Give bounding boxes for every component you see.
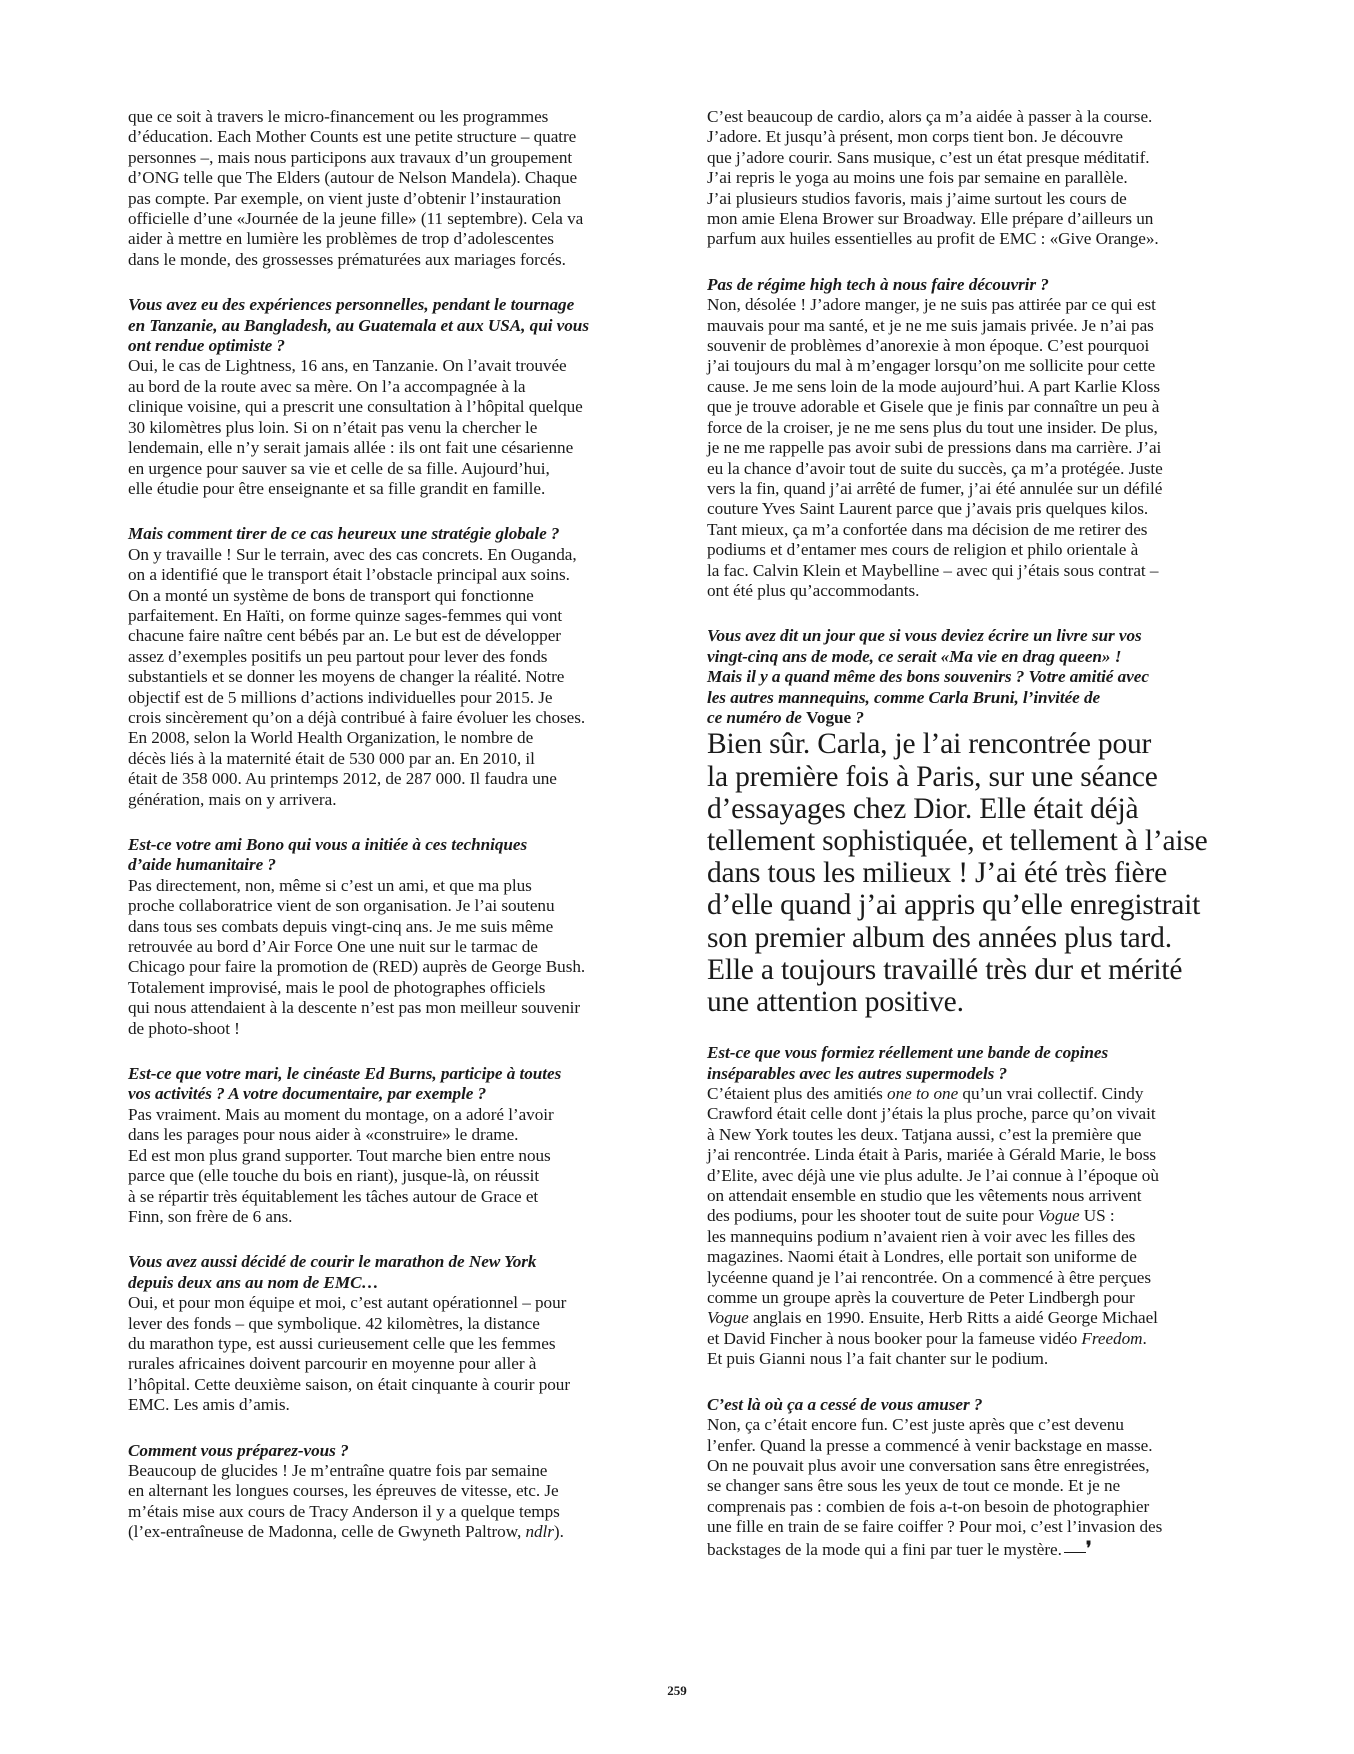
answer-text: (l’ex-entraîneuse de Madonna, celle de G… [128, 1522, 525, 1541]
text-line: personnes –, mais nous participons aux t… [128, 148, 648, 168]
answer-line: l’hôpital. Cette deuxième saison, on éta… [128, 1375, 648, 1395]
question-line: Comment vous préparez-vous ? [128, 1441, 648, 1461]
answer-line: crois sincèrement qu’on a déjà contribué… [128, 708, 648, 728]
answer-line: dans tous ses combats depuis vingt-cinq … [128, 917, 648, 937]
interview-answer: Non, ça c’était encore fun. C’est juste … [707, 1415, 1227, 1560]
text-line: que ce soit à travers le micro-financeme… [128, 107, 648, 127]
text-line: J’adore. Et jusqu’à présent, mon corps t… [707, 127, 1227, 147]
text-line: d’éducation. Each Mother Counts est une … [128, 127, 648, 147]
question-line: ce numéro de Vogue ? [707, 708, 1227, 728]
answer-line: en urgence pour sauver sa vie et celle d… [128, 459, 648, 479]
answer-line: assez d’exemples positifs un peu partout… [128, 647, 648, 667]
magazine-name: Vogue [1038, 1206, 1080, 1225]
answer-line: était de 358 000. Au printemps 2012, de … [128, 769, 648, 789]
answer-line: décès liés à la maternité était de 530 0… [128, 749, 648, 769]
answer-line: chacune faire naître cent bébés par an. … [128, 626, 648, 646]
text-line: que j’adore courir. Sans musique, c’est … [707, 148, 1227, 168]
question-line: inséparables avec les autres supermodels… [707, 1064, 1227, 1084]
answer-line: cause. Je me sens loin de la mode aujour… [707, 377, 1227, 397]
answer-line: Non, désolée ! J’adore manger, je ne sui… [707, 295, 1227, 315]
interview-question: Est-ce votre ami Bono qui vous a initiée… [128, 835, 648, 876]
answer-text: qu’un vrai collectif. Cindy [958, 1084, 1143, 1103]
qa-block-preparation: Comment vous préparez-vous ? Beaucoup de… [128, 1441, 648, 1543]
interview-question: Est-ce que vous formiez réellement une b… [707, 1043, 1227, 1084]
interview-answer: Pas vraiment. Mais au moment du montage,… [128, 1105, 648, 1227]
qa-block-bono: Est-ce votre ami Bono qui vous a initiée… [128, 835, 648, 1039]
answer-line: 30 kilomètres plus loin. Si on n’était p… [128, 418, 648, 438]
answer-line: que je trouve adorable et Gisele que je … [707, 397, 1227, 417]
answer-line: proche collaboratrice vient de son organ… [128, 896, 648, 916]
answer-line: C’étaient plus des amitiés one to one qu… [707, 1084, 1227, 1104]
question-text: ? [851, 708, 864, 727]
answer-line: une fille en train de se faire coiffer ?… [707, 1517, 1227, 1537]
answer-line: Et puis Gianni nous l’a fait chanter sur… [707, 1349, 1227, 1369]
question-line: Pas de régime high tech à nous faire déc… [707, 275, 1227, 295]
answer-line: la fac. Calvin Klein et Maybelline – ave… [707, 561, 1227, 581]
answer-line: On ne pouvait plus avoir une conversatio… [707, 1456, 1227, 1476]
answer-line: lycéenne quand je l’ai rencontrée. On a … [707, 1268, 1227, 1288]
answer-line: couture Yves Saint Laurent parce que j’a… [707, 499, 1227, 519]
answer-line: Pas vraiment. Mais au moment du montage,… [128, 1105, 648, 1125]
text-line: pas compte. Par exemple, on vient juste … [128, 189, 648, 209]
answer-line: de photo-shoot ! [128, 1019, 648, 1039]
pull-quote-line: d’elle quand j’ai appris qu’elle enregis… [707, 889, 1227, 921]
question-line: vos activités ? A votre documentaire, pa… [128, 1084, 648, 1104]
answer-line: On a monté un système de bons de transpo… [128, 586, 648, 606]
answer-line: eu la chance d’avoir tout de suite du su… [707, 459, 1227, 479]
answer-line: Oui, et pour mon équipe et moi, c’est au… [128, 1293, 648, 1313]
interview-answer: Non, désolée ! J’adore manger, je ne sui… [707, 295, 1227, 601]
qa-block-carla-bruni: Vous avez dit un jour que si vous deviez… [707, 626, 1227, 1018]
text-line: parfum aux huiles essentielles au profit… [707, 229, 1227, 249]
answer-line: Ed est mon plus grand supporter. Tout ma… [128, 1146, 648, 1166]
interview-answer: C’étaient plus des amitiés one to one qu… [707, 1084, 1227, 1370]
answer-line: on attendait ensemble en studio que les … [707, 1186, 1227, 1206]
answer-line: je ne me rappelle pas avoir subi de pres… [707, 438, 1227, 458]
pull-quote-line: son premier album des années plus tard. [707, 922, 1227, 954]
answer-text: backstages de la mode qui a fini par tue… [707, 1540, 1062, 1559]
answer-line: m’étais mise aux cours de Tracy Anderson… [128, 1502, 648, 1522]
qa-block-fun: C’est là où ça a cessé de vous amuser ? … [707, 1395, 1227, 1560]
answer-line: génération, mais on y arrivera. [128, 790, 648, 810]
answer-line: vers la fin, quand j’ai arrêté de fumer,… [707, 479, 1227, 499]
answer-line: et David Fincher à nous booker pour la f… [707, 1329, 1227, 1349]
end-of-article-rule-icon [1064, 1552, 1086, 1553]
left-column: que ce soit à travers le micro-financeme… [128, 107, 648, 1568]
answer-line: Totalement improvisé, mais le pool de ph… [128, 978, 648, 998]
answer-text: anglais en 1990. Ensuite, Herb Ritts a a… [749, 1308, 1158, 1327]
answer-line: (l’ex-entraîneuse de Madonna, celle de G… [128, 1522, 648, 1542]
answer-line: qui nous attendaient à la descente n’est… [128, 998, 648, 1018]
answer-line: Vogue anglais en 1990. Ensuite, Herb Rit… [707, 1308, 1227, 1328]
answer-line: substantiels et se donner les moyens de … [128, 667, 648, 687]
answer-line: parfaitement. En Haïti, on forme quinze … [128, 606, 648, 626]
question-line: Vous avez eu des expériences personnelle… [128, 295, 648, 315]
question-line: Mais il y a quand même des bons souvenir… [707, 667, 1227, 687]
answer-line: à New York toutes les deux. Tatjana auss… [707, 1125, 1227, 1145]
question-line: Est-ce que vous formiez réellement une b… [707, 1043, 1227, 1063]
question-line: en Tanzanie, au Bangladesh, au Guatemala… [128, 316, 648, 336]
answer-line: d’Elite, avec déjà une vie plus adulte. … [707, 1166, 1227, 1186]
qa-block-tanzania: Vous avez eu des expériences personnelle… [128, 295, 648, 499]
text-line: J’ai plusieurs studios favoris, mais j’a… [707, 189, 1227, 209]
answer-line: objectif est de 5 millions d’actions ind… [128, 688, 648, 708]
answer-line: Chicago pour faire la promotion de (RED)… [128, 957, 648, 977]
answer-line: retrouvée au bord d’Air Force One une nu… [128, 937, 648, 957]
qa-block-ed-burns: Est-ce que votre mari, le cinéaste Ed Bu… [128, 1064, 648, 1227]
pull-quote-line: la première fois à Paris, sur une séance [707, 761, 1227, 793]
answer-line: souvenir de problèmes d’anorexie à mon é… [707, 336, 1227, 356]
qa-block-marathon: Vous avez aussi décidé de courir le mara… [128, 1252, 648, 1415]
page-number: 259 [0, 1683, 1354, 1699]
interview-answer: Oui, et pour mon équipe et moi, c’est au… [128, 1293, 648, 1415]
answer-line: à se répartir très équitablement les tâc… [128, 1187, 648, 1207]
answer-line: backstages de la mode qui a fini par tue… [707, 1538, 1227, 1560]
interview-question: Mais comment tirer de ce cas heureux une… [128, 524, 648, 544]
answer-line: force de la croiser, je ne me sens plus … [707, 418, 1227, 438]
answer-line: du marathon type, est aussi curieusement… [128, 1334, 648, 1354]
end-of-article-mark-icon: ❜ [1086, 1538, 1092, 1558]
answer-line: des podiums, pour les shooter tout de su… [707, 1206, 1227, 1226]
question-line: ont rendue optimiste ? [128, 336, 648, 356]
text-line: mon amie Elena Brower sur Broadway. Elle… [707, 209, 1227, 229]
pull-quote-answer: Bien sûr. Carla, je l’ai rencontrée pour… [707, 728, 1227, 1018]
interview-answer: On y travaille ! Sur le terrain, avec de… [128, 545, 648, 810]
text-line: officielle d’une «Journée de la jeune fi… [128, 209, 648, 229]
pull-quote-line: dans tous les milieux ! J’ai été très fi… [707, 857, 1227, 889]
question-line: C’est là où ça a cessé de vous amuser ? [707, 1395, 1227, 1415]
magazine-name: Vogue [806, 708, 851, 727]
answer-line: elle étudie pour être enseignante et sa … [128, 479, 648, 499]
pull-quote-line: Elle a toujours travaillé très dur et mé… [707, 954, 1227, 986]
text-line: J’ai repris le yoga au moins une fois pa… [707, 168, 1227, 188]
answer-line: comprenais pas : combien de fois a-t-on … [707, 1497, 1227, 1517]
ndlr-abbrev: ndlr [525, 1522, 553, 1541]
answer-line: clinique voisine, qui a prescrit une con… [128, 397, 648, 417]
answer-text: . [1142, 1329, 1146, 1348]
answer-line: l’enfer. Quand la presse a commencé à ve… [707, 1436, 1227, 1456]
qa-block-strategy: Mais comment tirer de ce cas heureux une… [128, 524, 648, 810]
answer-line: Tant mieux, ça m’a confortée dans ma déc… [707, 520, 1227, 540]
interview-question: Comment vous préparez-vous ? [128, 1441, 648, 1461]
interview-answer: Oui, le cas de Lightness, 16 ans, en Tan… [128, 356, 648, 499]
interview-question: Vous avez eu des expériences personnelle… [128, 295, 648, 356]
answer-line: rurales africaines doivent parcourir en … [128, 1354, 648, 1374]
video-title: Freedom [1081, 1329, 1142, 1348]
answer-line: on a identifié que le transport était l’… [128, 565, 648, 585]
question-line: Est-ce que votre mari, le cinéaste Ed Bu… [128, 1064, 648, 1084]
text-line: C’est beaucoup de cardio, alors ça m’a a… [707, 107, 1227, 127]
answer-line: parce que (elle touche du bois en riant)… [128, 1166, 648, 1186]
right-column: C’est beaucoup de cardio, alors ça m’a a… [707, 107, 1227, 1585]
question-line: depuis deux ans au nom de EMC… [128, 1273, 648, 1293]
italic-phrase: one to one [887, 1084, 958, 1103]
question-line: vingt-cinq ans de mode, ce serait «Ma vi… [707, 647, 1227, 667]
question-line: Est-ce votre ami Bono qui vous a initiée… [128, 835, 648, 855]
answer-line: On y travaille ! Sur le terrain, avec de… [128, 545, 648, 565]
answer-line: Oui, le cas de Lightness, 16 ans, en Tan… [128, 356, 648, 376]
intro-paragraph: que ce soit à travers le micro-financeme… [128, 107, 648, 270]
interview-answer: Pas directement, non, même si c’est un a… [128, 876, 648, 1039]
answer-text: et David Fincher à nous booker pour la f… [707, 1329, 1081, 1348]
answer-line: en alternant les longues courses, les ép… [128, 1481, 648, 1501]
pull-quote-line: tellement sophistiquée, et tellement à l… [707, 825, 1227, 857]
answer-text: des podiums, pour les shooter tout de su… [707, 1206, 1038, 1225]
interview-question: Est-ce que votre mari, le cinéaste Ed Bu… [128, 1064, 648, 1105]
interview-answer: Beaucoup de glucides ! Je m’entraîne qua… [128, 1461, 648, 1543]
text-line: aider à mettre en lumière les problèmes … [128, 229, 648, 249]
question-text: ce numéro de [707, 708, 806, 727]
answer-line: Pas directement, non, même si c’est un a… [128, 876, 648, 896]
question-line: les autres mannequins, comme Carla Bruni… [707, 688, 1227, 708]
answer-text: C’étaient plus des amitiés [707, 1084, 887, 1103]
answer-line: dans les parages pour nous aider à «cons… [128, 1125, 648, 1145]
answer-text: US : [1080, 1206, 1115, 1225]
question-line: Mais comment tirer de ce cas heureux une… [128, 524, 648, 544]
answer-line: lever des fonds – que symbolique. 42 kil… [128, 1314, 648, 1334]
qa-block-diet: Pas de régime high tech à nous faire déc… [707, 275, 1227, 602]
answer-line: EMC. Les amis d’amis. [128, 1395, 648, 1415]
interview-question: Vous avez aussi décidé de courir le mara… [128, 1252, 648, 1293]
interview-question: C’est là où ça a cessé de vous amuser ? [707, 1395, 1227, 1415]
answer-line: comme un groupe après la couverture de P… [707, 1288, 1227, 1308]
pull-quote-line: Bien sûr. Carla, je l’ai rencontrée pour [707, 728, 1227, 760]
answer-line: Non, ça c’était encore fun. C’est juste … [707, 1415, 1227, 1435]
answer-line: ont été plus qu’accommodants. [707, 581, 1227, 601]
text-line: dans le monde, des grossesses prématurée… [128, 250, 648, 270]
answer-line: au bord de la route avec sa mère. On l’a… [128, 377, 648, 397]
continuation-paragraph: C’est beaucoup de cardio, alors ça m’a a… [707, 107, 1227, 250]
question-line: d’aide humanitaire ? [128, 855, 648, 875]
answer-line: j’ai rencontrée. Linda était à Paris, ma… [707, 1145, 1227, 1165]
interview-question: Vous avez dit un jour que si vous deviez… [707, 626, 1227, 728]
answer-line: podiums et d’entamer mes cours de religi… [707, 540, 1227, 560]
answer-text: ). [554, 1522, 564, 1541]
pull-quote-line: une attention positive. [707, 986, 1227, 1018]
text-line: d’ONG telle que The Elders (autour de Ne… [128, 168, 648, 188]
answer-line: se changer sans être sous les yeux de to… [707, 1476, 1227, 1496]
question-line: Vous avez dit un jour que si vous deviez… [707, 626, 1227, 646]
answer-line: les mannequins podium n’avaient rien à v… [707, 1227, 1227, 1247]
answer-line: magazines. Naomi était à Londres, elle p… [707, 1247, 1227, 1267]
pull-quote-line: d’essayages chez Dior. Elle était déjà [707, 793, 1227, 825]
answer-line: mauvais pour ma santé, et je ne me suis … [707, 316, 1227, 336]
answer-line: Finn, son frère de 6 ans. [128, 1207, 648, 1227]
answer-line: Beaucoup de glucides ! Je m’entraîne qua… [128, 1461, 648, 1481]
answer-line: Crawford était celle dont j’étais la plu… [707, 1104, 1227, 1124]
interview-question: Pas de régime high tech à nous faire déc… [707, 275, 1227, 295]
answer-line: j’ai toujours du mal à m’engager lorsqu’… [707, 356, 1227, 376]
answer-line: lendemain, elle n’y serait jamais allée … [128, 438, 648, 458]
question-line: Vous avez aussi décidé de courir le mara… [128, 1252, 648, 1272]
magazine-name: Vogue [707, 1308, 749, 1327]
answer-line: En 2008, selon la World Health Organizat… [128, 728, 648, 748]
qa-block-supermodels: Est-ce que vous formiez réellement une b… [707, 1043, 1227, 1370]
